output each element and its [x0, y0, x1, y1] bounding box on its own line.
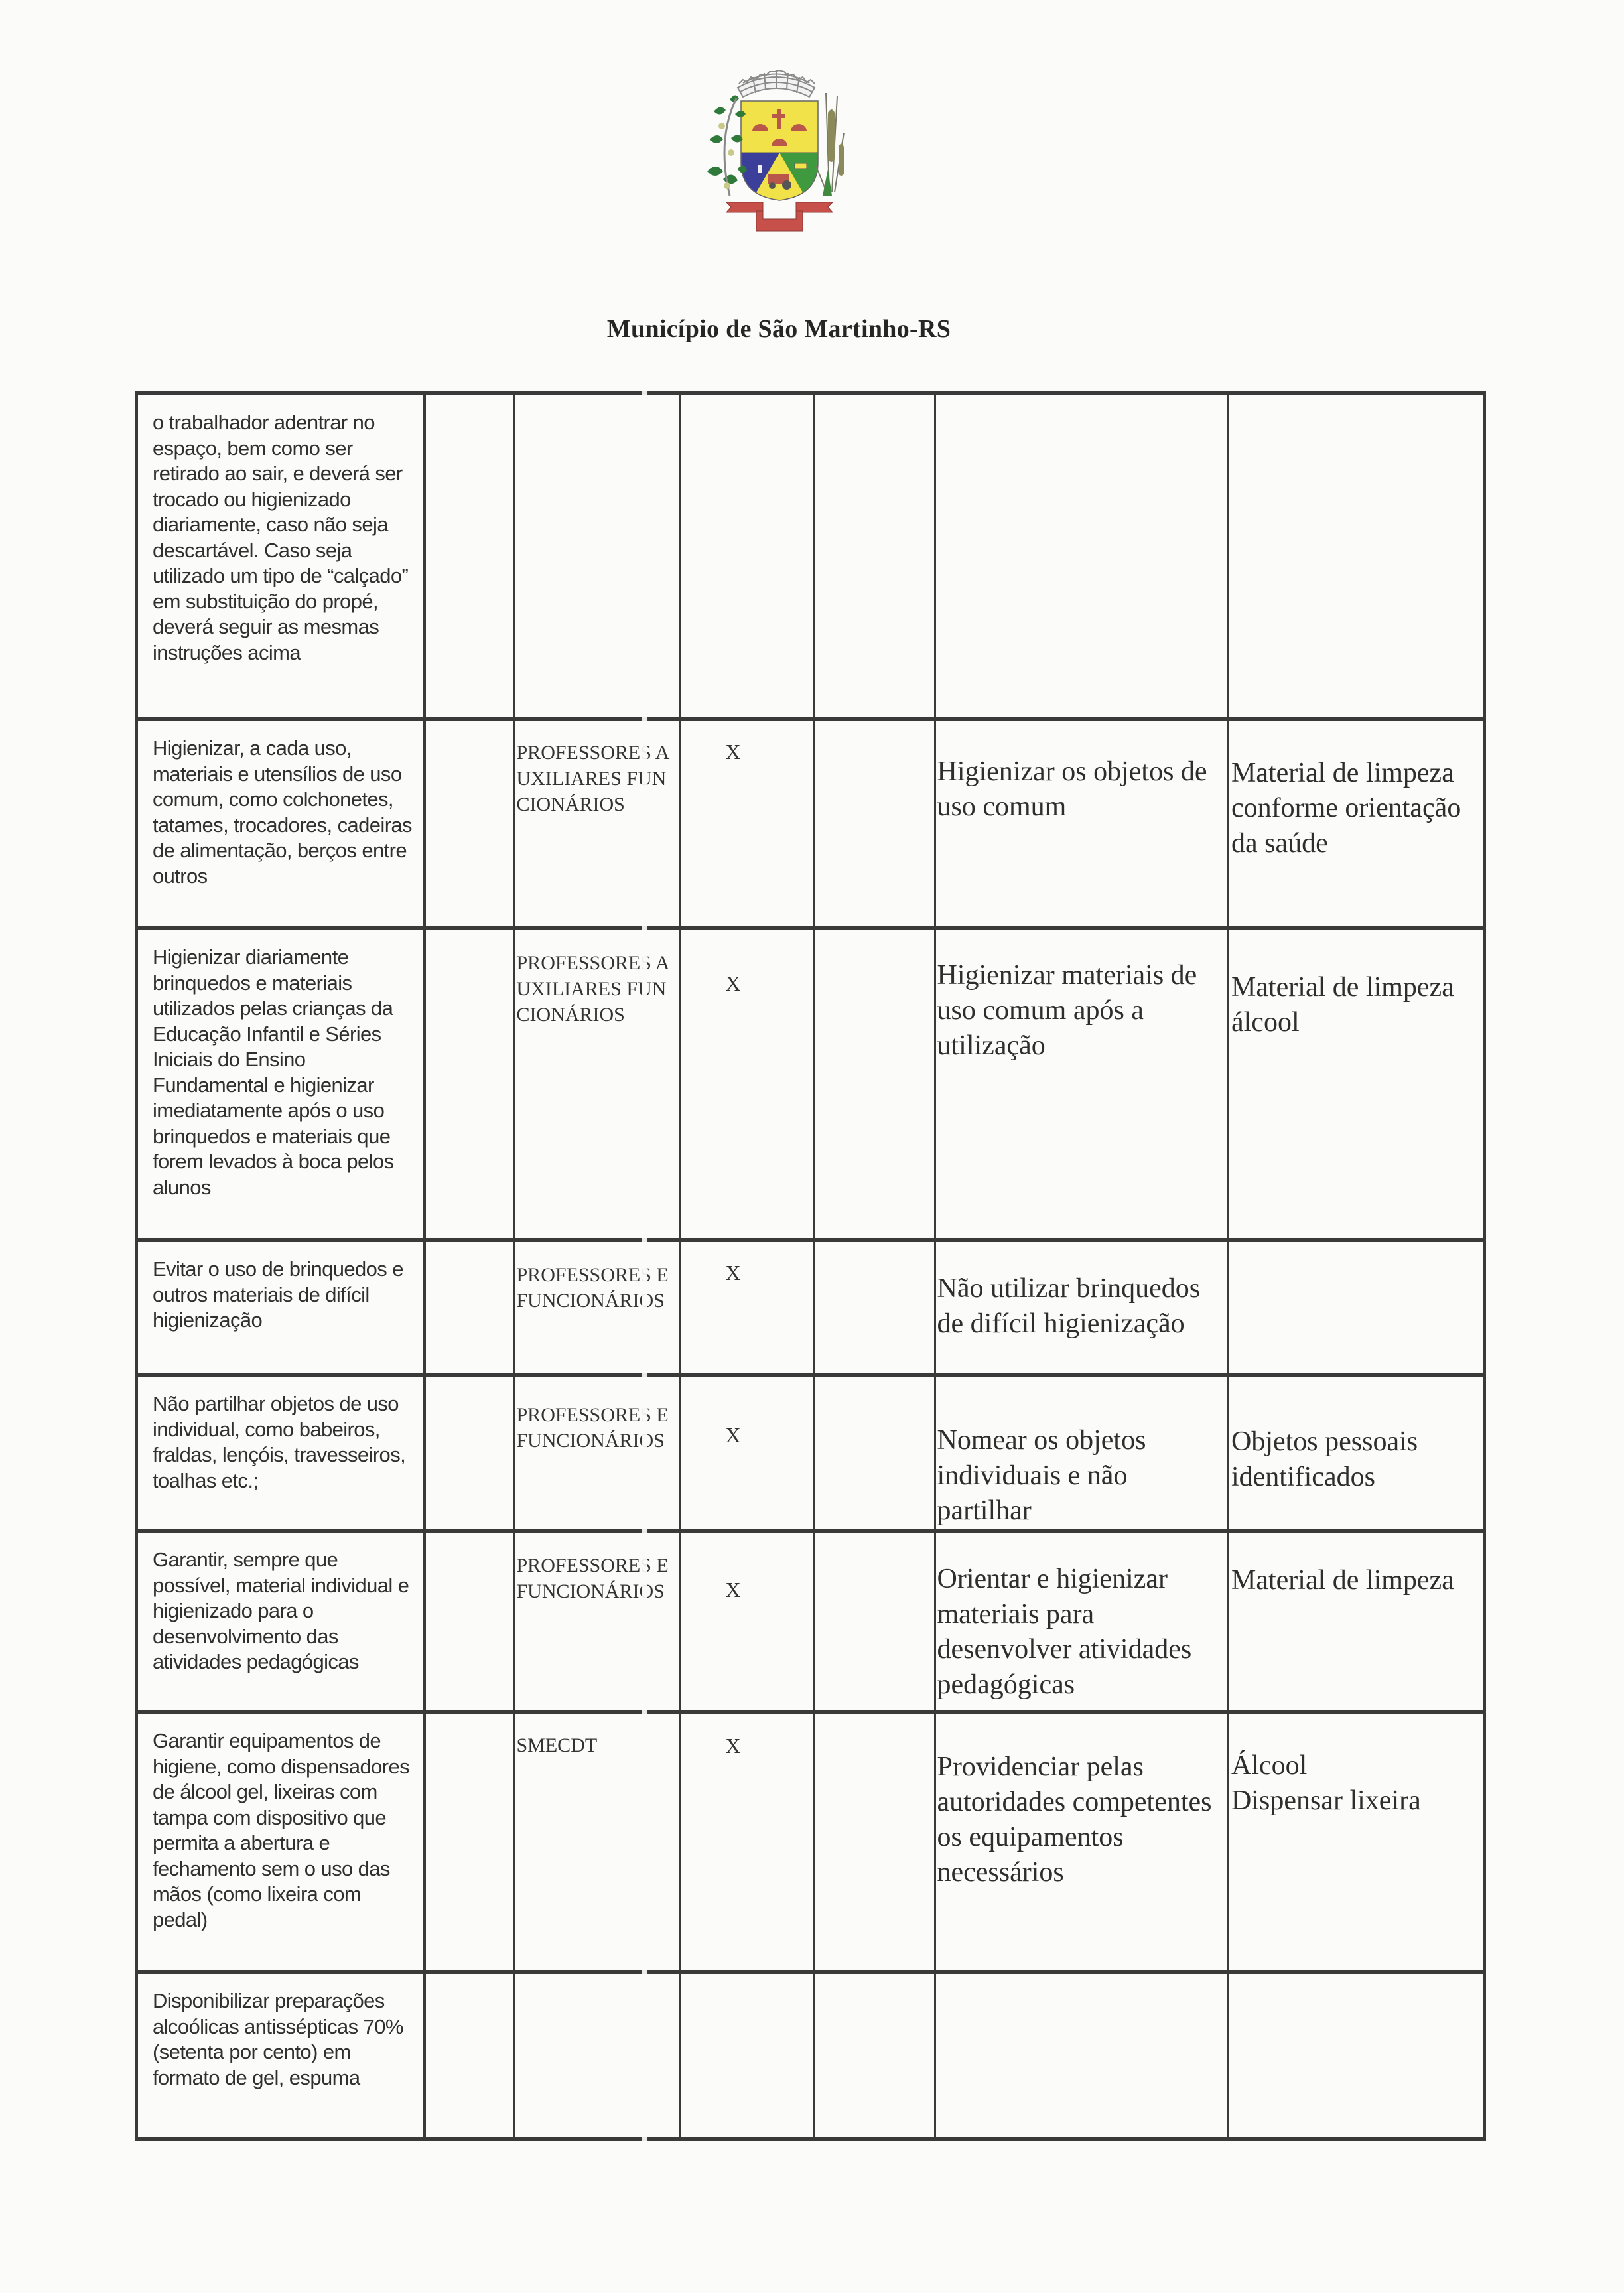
responsible-cell	[514, 1972, 679, 2139]
responsible-cell: PROFESSORES E FUNCIONÁRIOS	[514, 1240, 679, 1375]
resources-cell: Material de limpeza álcool	[1228, 928, 1485, 1240]
action-text: Garantir equipamentos de higiene, como d…	[138, 1714, 423, 1942]
mark-cell: X	[679, 1375, 814, 1531]
page-title: Município de São Martinho-RS	[0, 314, 1624, 344]
action-cell: Higienizar diariamente brinquedos e mate…	[137, 928, 425, 1240]
table-row: Higienizar diariamente brinquedos e mate…	[137, 928, 1485, 1240]
responsible-text: PROFESSORES E FUNCIONÁRIOS	[515, 1377, 679, 1454]
mark-cell: X	[679, 1712, 814, 1972]
mark-cell	[679, 1972, 814, 2139]
empty-cell	[425, 1972, 514, 2139]
empty-cell	[425, 719, 514, 928]
how-cell: Providenciar pelas autoridades competent…	[935, 1712, 1228, 1972]
empty-cell	[425, 393, 514, 719]
action-cell: Evitar o uso de brinquedos e outros mate…	[137, 1240, 425, 1375]
how-text: Providenciar pelas autoridades competent…	[936, 1714, 1227, 1890]
responsible-text: PROFESSORES E FUNCIONÁRIOS	[515, 1533, 679, 1604]
how-cell: Nomear os objetos individuais e não part…	[935, 1375, 1228, 1531]
empty-cell	[425, 1712, 514, 1972]
empty-cell	[814, 1375, 935, 1531]
empty-cell	[814, 719, 935, 928]
how-text: Orientar e higienizar materiais para des…	[936, 1533, 1227, 1702]
action-text: Higienizar, a cada uso, materiais e uten…	[138, 721, 423, 898]
mark-cell	[679, 393, 814, 719]
how-cell	[935, 1972, 1228, 2139]
how-text: Higienizar os objetos de uso comum	[936, 721, 1227, 825]
how-cell: Não utilizar brinquedos de difícil higie…	[935, 1240, 1228, 1375]
resources-text: ÁlcoolDispensar lixeira	[1229, 1714, 1483, 1819]
table-row: Não partilhar objetos de uso individual,…	[137, 1375, 1485, 1531]
empty-cell	[425, 1531, 514, 1712]
action-cell: Garantir, sempre que possível, material …	[137, 1531, 425, 1712]
mark-text: X	[681, 1533, 813, 1602]
resources-text: Material de limpeza álcool	[1229, 930, 1483, 1040]
empty-cell	[425, 1375, 514, 1531]
table-row: Garantir equipamentos de higiene, como d…	[137, 1712, 1485, 1972]
how-text: Higienizar materiais de uso comum após a…	[936, 930, 1227, 1064]
prevention-actions-table: o trabalhador adentrar no espaço, bem co…	[135, 391, 1486, 2141]
action-text: o trabalhador adentrar no espaço, bem co…	[138, 395, 423, 675]
action-cell: Higienizar, a cada uso, materiais e uten…	[137, 719, 425, 928]
responsible-cell	[514, 393, 679, 719]
responsible-cell: PROFESSORES E FUNCIONÁRIOS	[514, 1375, 679, 1531]
responsible-text: PROFESSORES E FUNCIONÁRIOS	[515, 1242, 679, 1314]
table-row: o trabalhador adentrar no espaço, bem co…	[137, 393, 1485, 719]
how-text: Nomear os objetos individuais e não part…	[936, 1377, 1227, 1529]
empty-cell	[425, 1240, 514, 1375]
responsible-cell: PROFESSORES E FUNCIONÁRIOS	[514, 1531, 679, 1712]
empty-cell	[814, 1531, 935, 1712]
empty-cell	[814, 1712, 935, 1972]
mark-cell: X	[679, 1240, 814, 1375]
resources-cell	[1228, 1972, 1485, 2139]
action-text: Garantir, sempre que possível, material …	[138, 1533, 423, 1685]
empty-cell	[814, 1972, 935, 2139]
responsible-cell: PROFESSORES AUXILIARES FUNCIONÁRIOS	[514, 719, 679, 928]
responsible-text: PROFESSORES AUXILIARES FUNCIONÁRIOS	[515, 930, 679, 1028]
resources-cell: Material de limpeza conforme orientação …	[1228, 719, 1485, 928]
how-cell	[935, 393, 1228, 719]
table-row: Higienizar, a cada uso, materiais e uten…	[137, 719, 1485, 928]
resources-cell	[1228, 393, 1485, 719]
action-cell: Disponibilizar preparações alcoólicas an…	[137, 1972, 425, 2139]
mark-cell: X	[679, 928, 814, 1240]
mark-text: X	[681, 1377, 813, 1448]
how-cell: Orientar e higienizar materiais para des…	[935, 1531, 1228, 1712]
table-row: Evitar o uso de brinquedos e outros mate…	[137, 1240, 1485, 1375]
empty-cell	[814, 928, 935, 1240]
mark-cell: X	[679, 719, 814, 928]
coat-of-arms-icon	[690, 53, 862, 245]
resources-text: Material de limpeza	[1229, 1533, 1483, 1598]
action-text: Higienizar diariamente brinquedos e mate…	[138, 930, 423, 1210]
action-text: Não partilhar objetos de uso individual,…	[138, 1377, 423, 1503]
responsible-text: PROFESSORES AUXILIARES FUNCIONÁRIOS	[515, 721, 679, 817]
empty-cell	[814, 393, 935, 719]
resources-cell: ÁlcoolDispensar lixeira	[1228, 1712, 1485, 1972]
how-text: Não utilizar brinquedos de difícil higie…	[936, 1242, 1227, 1342]
resources-text: Material de limpeza conforme orientação …	[1229, 721, 1483, 861]
table-row: Disponibilizar preparações alcoólicas an…	[137, 1972, 1485, 2139]
empty-cell	[425, 928, 514, 1240]
action-cell: Não partilhar objetos de uso individual,…	[137, 1375, 425, 1531]
empty-cell	[814, 1240, 935, 1375]
resources-text: Objetos pessoais identificados	[1229, 1377, 1483, 1495]
mark-text: X	[681, 1242, 813, 1285]
resources-cell	[1228, 1240, 1485, 1375]
resources-cell: Material de limpeza	[1228, 1531, 1485, 1712]
responsible-cell: SMECDT	[514, 1712, 679, 1972]
how-cell: Higienizar materiais de uso comum após a…	[935, 928, 1228, 1240]
responsible-cell: PROFESSORES AUXILIARES FUNCIONÁRIOS	[514, 928, 679, 1240]
table-row: Garantir, sempre que possível, material …	[137, 1531, 1485, 1712]
responsible-text: SMECDT	[515, 1714, 679, 1758]
action-text: Evitar o uso de brinquedos e outros mate…	[138, 1242, 423, 1343]
scan-artifact	[642, 372, 647, 2163]
mark-text: X	[681, 930, 813, 996]
mark-text: X	[681, 721, 813, 764]
resources-cell: Objetos pessoais identificados	[1228, 1375, 1485, 1531]
action-text: Disponibilizar preparações alcoólicas an…	[138, 1974, 423, 2100]
action-cell: o trabalhador adentrar no espaço, bem co…	[137, 393, 425, 719]
mark-cell: X	[679, 1531, 814, 1712]
how-cell: Higienizar os objetos de uso comum	[935, 719, 1228, 928]
mark-text: X	[681, 1714, 813, 1758]
action-cell: Garantir equipamentos de higiene, como d…	[137, 1712, 425, 1972]
